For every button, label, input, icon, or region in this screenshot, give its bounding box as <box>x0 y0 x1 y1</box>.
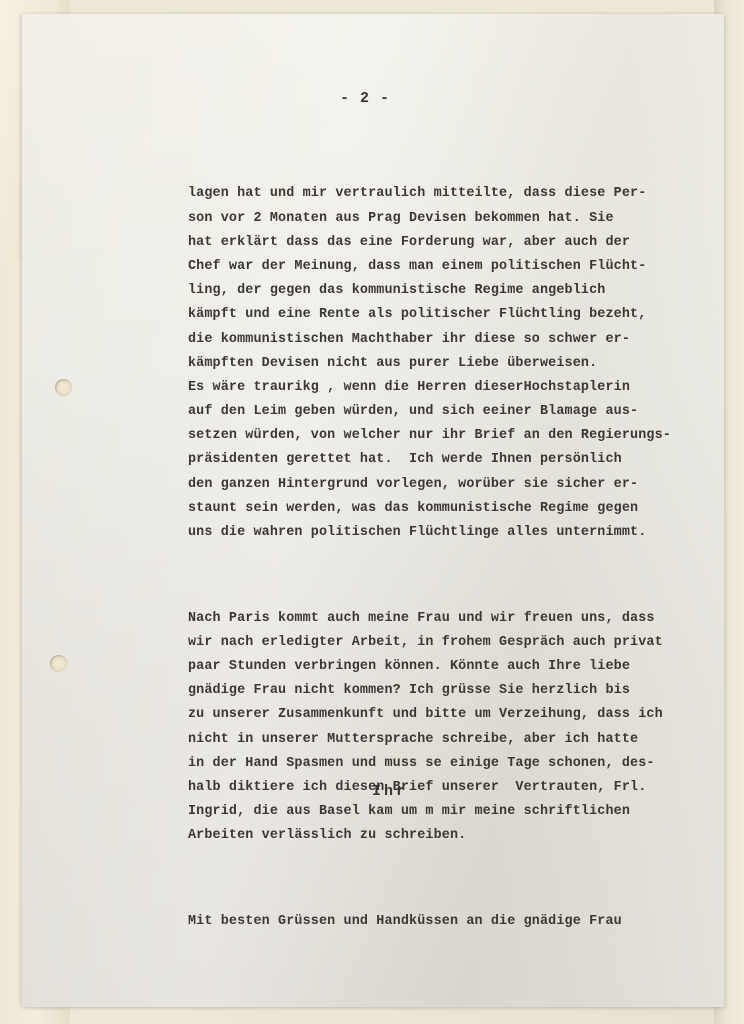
letter-body: lagen hat und mir vertraulich mitteilte,… <box>188 134 671 958</box>
text-line: gnädige Frau nicht kommen? Ich grüsse Si… <box>188 679 671 703</box>
text-line: lagen hat und mir vertraulich mitteilte,… <box>188 182 671 206</box>
text-line: Es wäre traurikg , wenn die Herren diese… <box>188 376 671 400</box>
text-line: son vor 2 Monaten aus Prag Devisen bekom… <box>188 207 671 231</box>
text-line: Ingrid, die aus Basel kam um m mir meine… <box>188 800 671 824</box>
text-line: präsidenten gerettet hat. Ich werde Ihne… <box>188 448 671 472</box>
punch-hole <box>50 655 67 672</box>
text-line: wir nach erledigter Arbeit, in frohem Ge… <box>188 631 671 655</box>
paragraph-1: lagen hat und mir vertraulich mitteilte,… <box>188 182 671 545</box>
text-line: Mit besten Grüssen und Handküssen an die… <box>188 910 671 934</box>
text-line: Chef war der Meinung, dass man einem pol… <box>188 255 671 279</box>
text-line: hat erklärt dass das eine Forderung war,… <box>188 231 671 255</box>
text-line: uns die wahren politischen Flüchtlinge a… <box>188 521 671 545</box>
paragraph-3-salutation: Mit besten Grüssen und Handküssen an die… <box>188 910 671 934</box>
text-line: kämpft und eine Rente als politischer Fl… <box>188 303 671 327</box>
page-number: - 2 - <box>340 90 390 107</box>
punch-hole <box>55 379 72 396</box>
text-line: auf den Leim geben würden, und sich eein… <box>188 400 671 424</box>
closing-signature: Ihr <box>372 783 408 800</box>
text-line: halb diktiere ich diesen Brief unserer V… <box>188 776 671 800</box>
text-line: nicht in unserer Muttersprache schreibe,… <box>188 728 671 752</box>
text-line: den ganzen Hintergrund vorlegen, worüber… <box>188 473 671 497</box>
text-line: die kommunistischen Machthaber ihr diese… <box>188 328 671 352</box>
text-line: kämpften Devisen nicht aus purer Liebe ü… <box>188 352 671 376</box>
text-line: Nach Paris kommt auch meine Frau und wir… <box>188 607 671 631</box>
text-line: in der Hand Spasmen und muss se einige T… <box>188 752 671 776</box>
text-line: zu unserer Zusammenkunft und bitte um Ve… <box>188 703 671 727</box>
text-line: ling, der gegen das kommunistische Regim… <box>188 279 671 303</box>
text-line: Arbeiten verlässlich zu schreiben. <box>188 824 671 848</box>
paragraph-2: Nach Paris kommt auch meine Frau und wir… <box>188 607 671 849</box>
text-line: setzen würden, von welcher nur ihr Brief… <box>188 424 671 448</box>
text-line: staunt sein werden, was das kommunistisc… <box>188 497 671 521</box>
text-line: paar Stunden verbringen können. Könnte a… <box>188 655 671 679</box>
